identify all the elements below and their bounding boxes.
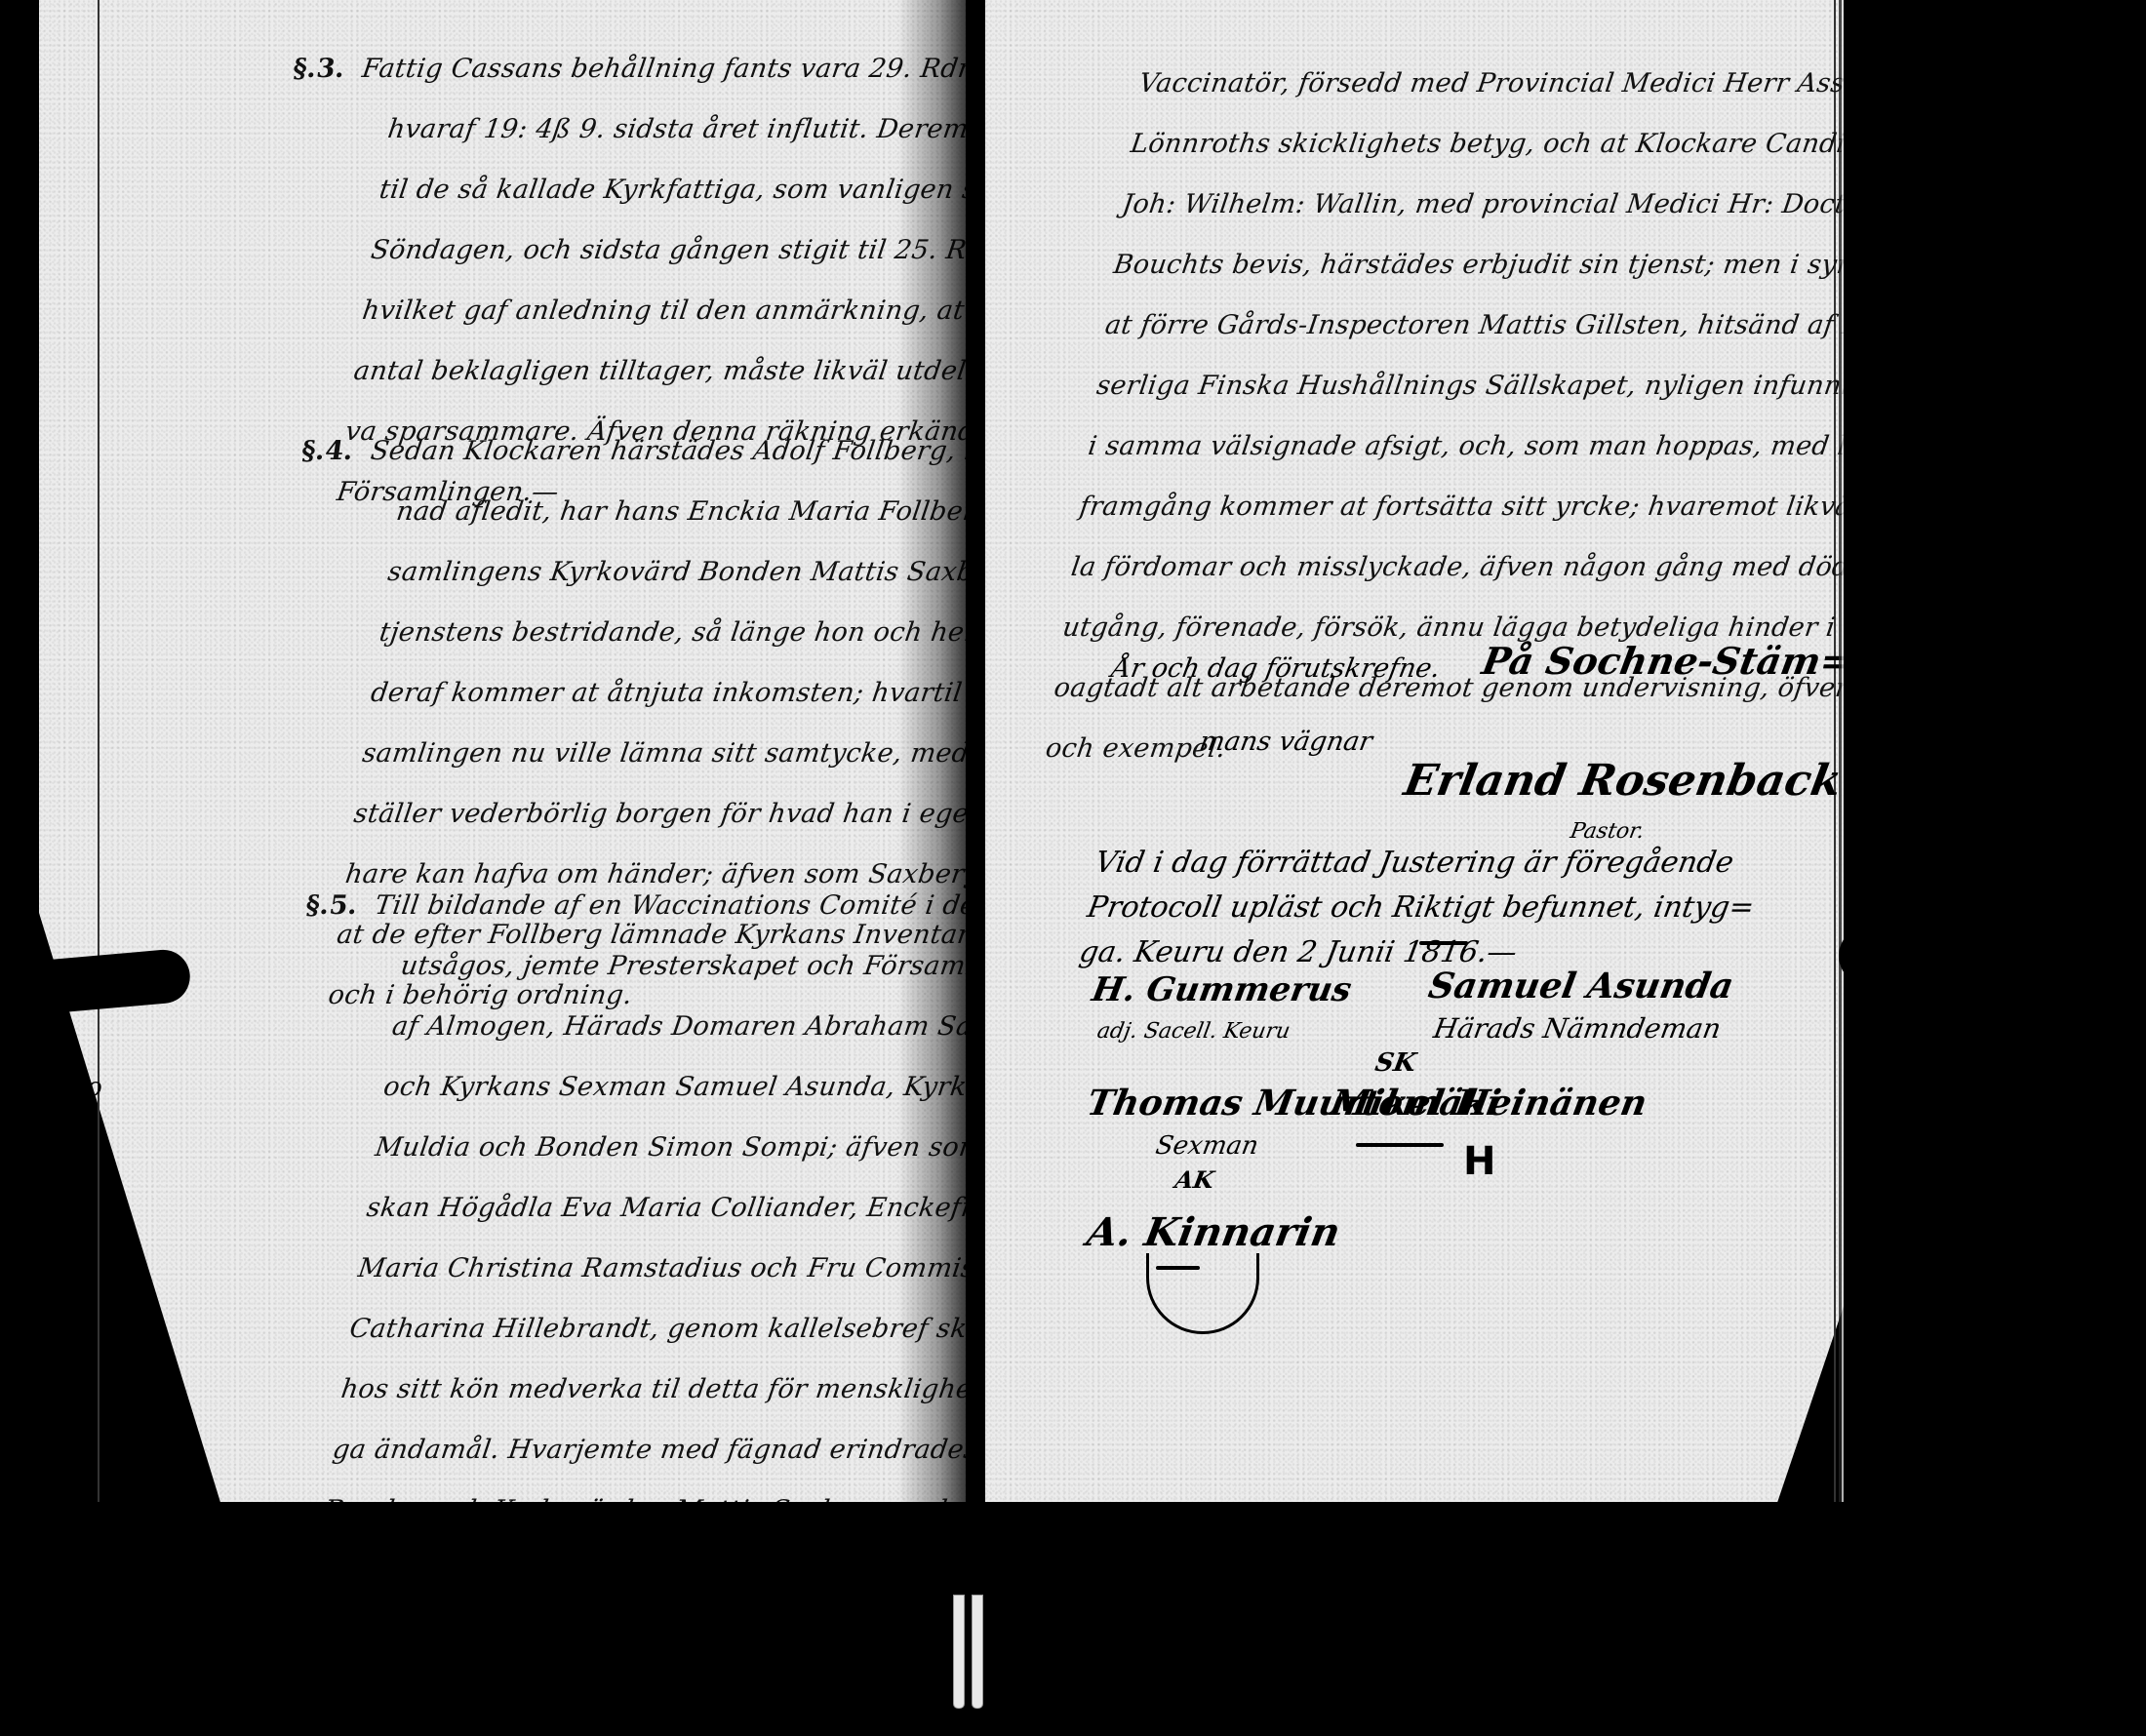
section-mark: §.4.	[299, 436, 355, 466]
section-mark: §.3.	[291, 54, 346, 84]
signature-muurtomaki-role: Sexman	[1153, 1131, 1260, 1161]
left-page-margin-rule	[98, 0, 99, 1521]
section-mark: §.5.	[303, 890, 359, 921]
heinanen-house-mark: H	[1463, 1139, 1495, 1184]
attestation-line: Protocoll upläst och Riktigt befunnet, i…	[1084, 886, 1758, 930]
signature-asunda-role: Härads Nämndeman	[1431, 1012, 1724, 1045]
gutter-shadow	[897, 0, 966, 1521]
pastor-signature: Erland Rosenback	[1401, 756, 1846, 806]
text-line: la fördomar och misslyckade, äfven någon…	[1067, 537, 1971, 598]
margin-fragment: Jona	[34, 1161, 91, 1190]
signature-kinnarin: A. Kinnarin	[1084, 1209, 1344, 1255]
closing-on-behalf: På Sochne-Stäm=	[1479, 639, 1855, 683]
margin-fragment: Tho	[54, 1073, 102, 1102]
scan-bottom-background	[0, 1502, 2146, 1736]
date-flourish	[1419, 941, 1468, 945]
signature-gummerus: H. Gummerus	[1089, 970, 1354, 1009]
mark-above-kinnarin: AK	[1172, 1165, 1216, 1194]
closing-date-phrase: År och dag förutskrefne.	[1109, 653, 1442, 684]
signature-gummerus-role: adj. Sacell. Keuru	[1095, 1019, 1292, 1044]
attestation-block: Vid i dag förrättad Justering är föregåe…	[1076, 841, 1766, 975]
closing-on-behalf-cont: mans vägnar	[1197, 727, 1374, 757]
mark-above-heinanen: SK	[1372, 1048, 1418, 1078]
bookmark-ribbon	[953, 1595, 965, 1709]
signature-asunda: Samuel Asunda	[1425, 966, 1736, 1006]
book-gutter	[966, 0, 987, 1521]
signature-heinanen: Mikel Heinänen	[1328, 1083, 1649, 1124]
scanner-clip-right	[1839, 927, 2146, 985]
scan-edge-right	[1844, 0, 2146, 1736]
heinanen-stroke	[1356, 1143, 1444, 1147]
bookmark-ribbon	[972, 1595, 983, 1709]
attestation-line: Vid i dag förrättad Justering är föregåe…	[1092, 841, 1766, 886]
